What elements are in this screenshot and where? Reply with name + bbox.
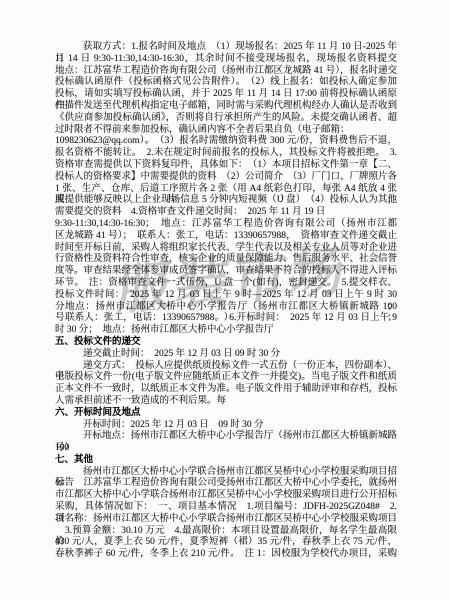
text-line: 目名称：扬州市江都区大桥中心小学联合扬州市江都区吴桥中心小学校服采购项目 — [55, 514, 397, 526]
text-line: 区龙城路 41 号）； 联系人：张工，电话：13390657988， 资格审查文… — [55, 231, 397, 243]
text-line: 公告 江苏富华工程造价咨询有限公司受扬州市江都区大桥中心小学委托，就扬州 — [55, 478, 397, 490]
text-line: 1098230623@qq.com）。 （3）报名时需缴纳资料费 300 元/份… — [55, 136, 397, 148]
text-line: 市江都区大桥中心小学联合扬州市江都区吴桥中心小学校服采购项目进行公开招标 — [55, 490, 397, 502]
section-heading: 六、开标时间及地点 — [55, 408, 397, 420]
text-line: 人需承担前述不一致造成的不利后果。每 — [55, 396, 397, 408]
text-line: 投标，请如实填写投标确认函，并于 2025 年 11 月 14 日 17:00 … — [55, 89, 397, 101]
text-line: 资格审查需提供以下资料复印件，具体如下： （1）本项目招标文件第一章【二、 — [55, 160, 397, 172]
text-line: 1 张、生产、仓库、后道工序照片各 2 张（用 A4 纸彩色打印，每张 A4 纸… — [55, 184, 397, 196]
section-heading: 七、其他 — [55, 455, 397, 467]
text-line: 《供应商参加投标确认函》，否则将自行承担所产生的风险。未提交确认函者、超 — [55, 113, 397, 125]
text-line: 投标文件时间： 2025 年 12 月 03 日上午 9 时—2025 年 12… — [55, 290, 397, 302]
text-line: 行资格性及资料符合性审查，核实企业的质量保障能力、售后服务水平、社会信誉 — [55, 254, 397, 266]
text-line: 环节。 注：资格审查文件一式伍份，U 盘一个(如有)，密封递交。 5.提交样衣、 — [55, 278, 397, 290]
text-line: 投标人的资格要求】中需要提供的资料 （2）公司简介 （3）厂门口、厂牌照片各 — [55, 172, 397, 184]
text-line: 过时限者不得前来参加投标，确认函内容不全者后果自负（电子邮箱： — [55, 125, 397, 137]
text-line: 获取方式：1.报名时间及地点 （1）现场报名：2025 年 11 月 10 日-… — [55, 42, 397, 54]
text-line: 投标确认函原件（投标函格式见公告附件）。 （2）线上报名：如投标人确定参加 — [55, 77, 397, 89]
scanned-document-page: 服装市场 获取方式：1.报名时间及地点 （1）现场报名：2025 年 11 月 … — [0, 0, 450, 600]
text-line: 430 元/人，夏季上衣 50 元/件，夏季短裤（裙）35 元/件，春秋季上衣 … — [55, 537, 397, 549]
text-line: 3.预算金额：30.10 万元 4.最高限价：本项目设置最高限价，每名学生最高限… — [55, 526, 397, 538]
text-line: 递交截止时间： 2025 年 12 月 03 日 09 时 30 分 — [55, 349, 397, 361]
text-line: 月 14 日 9:30-11:30,14:30-16:30，其余时间不接受现场报… — [55, 54, 397, 66]
text-line: 号） — [55, 443, 397, 455]
text-line: 子版投标文件一份(电子版文件应随纸质正本文件一并提交)。当电子版文件和纸质 — [55, 372, 397, 384]
text-line: 联系人：张工，电话：13390657988。 6.开标时间： 2025 年 12… — [55, 313, 397, 325]
text-line: 递交方式： 投标人应提供纸质投标文件一式五份（一份正本，四份副本）、电 — [55, 361, 397, 373]
text-line: 9:30-11:30,14:30-16:30； 地点：江苏富华工程造价咨询有限公… — [55, 219, 397, 231]
text-line: 时 30 分； 地点：扬州市江都区大桥中心小学报告厅 — [55, 325, 397, 337]
text-line: 时间至开标日前，采购人将组织家长代表、学生代表以及相关专业人员等对企业进 — [55, 243, 397, 255]
document-text-block: 获取方式：1.报名时间及地点 （1）现场报名：2025 年 11 月 10 日-… — [55, 42, 397, 561]
text-line: 春秋季裤子 60 元/件，冬季上衣 210 元/件。 注 1：因校服为学校代办项… — [55, 549, 397, 561]
text-line: 地点：江苏富华工程造价咨询有限公司（扬州市江都区龙城路 41 号），报名时递交 — [55, 66, 397, 78]
text-line: 开标时间：2025 年 12 月 03 日 09 时 30 分 — [55, 420, 397, 432]
text-line: 正本文件不一致时，以纸质正本文件为准。电子版文件用于辅助评审和存档，投标 — [55, 384, 397, 396]
section-heading: 五、投标文件的递交 — [55, 337, 397, 349]
text-line: 需要提交的资料 4.资格审查文件递交时间： 2025 年 11 月 19 日 — [55, 207, 397, 219]
text-line: 扫描件发送至代理机构指定电子邮箱，同时需与采购代理机构经办人确认是否收到 — [55, 101, 397, 113]
text-line: 地点：扬州市江都区大桥中心小学报告厅（扬州市江都区大桥镇新城路 100 号）； — [55, 302, 397, 314]
text-line: 开标地点：扬州市江都区大桥中心小学报告厅（扬州市江都区大桥镇新城路 100 — [55, 431, 397, 443]
text-line: 度等。审查结果经全体参审成员签字确认，审查结果不符合的投标人不得进入评标 — [55, 266, 397, 278]
text-line: 或提供能够反映以上企业现场信息 5 分钟内短视频（U 盘） （4）投标人认为其他 — [55, 195, 397, 207]
text-line: 报名资格不能转让。 2.未在规定时间前报名的投标人，其投标文件将被拒绝。 3. — [55, 148, 397, 160]
text-line: 采购，具体情况如下： 一、项目基本情况 1.项目编号：JDFH-2025GZ04… — [55, 502, 397, 514]
text-line: 扬州市江都区大桥中心小学联合扬州市江都区吴桥中心小学校服采购项目招标 — [55, 467, 397, 479]
